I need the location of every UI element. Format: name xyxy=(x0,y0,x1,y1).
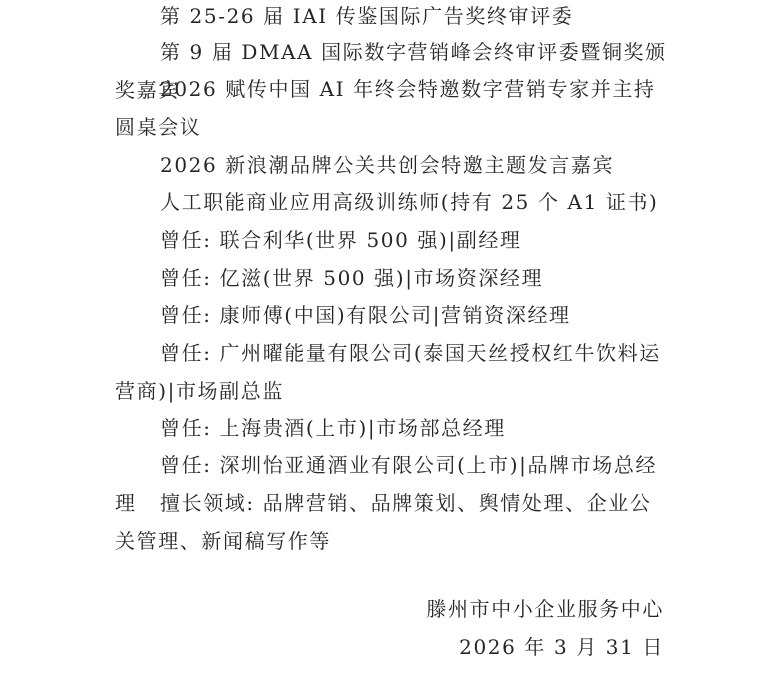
paragraph-expertise: 擅长领域: 品牌营销、品牌策划、舆情处理、企业公关管理、新闻稿写作等 xyxy=(115,485,667,560)
paragraph-former-mondelez: 曾任: 亿滋(世界 500 强)|市场资深经理 xyxy=(115,260,667,298)
paragraph-ai-trainer: 人工职能商业应用高级训练师(持有 25 个 A1 证书) xyxy=(115,184,667,222)
signature-organization: 滕州市中小企业服务中心 xyxy=(426,591,664,629)
paragraph-iai-judge: 第 25-26 届 IAI 传鉴国际广告奖终审评委 xyxy=(115,0,667,36)
paragraph-ai-roundtable-host: 2026 赋传中国 AI 年终会特邀数字营销专家并主持圆桌会议 xyxy=(115,71,667,146)
paragraph-former-master-kong: 曾任: 康师傅(中国)有限公司|营销资深经理 xyxy=(115,297,667,335)
document-page: 第 25-26 届 IAI 传鉴国际广告奖终审评委 第 9 届 DMAA 国际数… xyxy=(0,0,778,679)
signature-date: 2026 年 3 月 31 日 xyxy=(459,629,664,667)
paragraph-former-unilever: 曾任: 联合利华(世界 500 强)|副经理 xyxy=(115,222,667,260)
paragraph-former-shanghai-guijiu: 曾任: 上海贵酒(上市)|市场部总经理 xyxy=(115,410,667,448)
paragraph-new-wave-speaker: 2026 新浪潮品牌公关共创会特邀主题发言嘉宾 xyxy=(115,147,667,185)
paragraph-former-redbull-operator: 曾任: 广州曜能量有限公司(泰国天丝授权红牛饮料运营商)|市场副总监 xyxy=(115,335,667,410)
